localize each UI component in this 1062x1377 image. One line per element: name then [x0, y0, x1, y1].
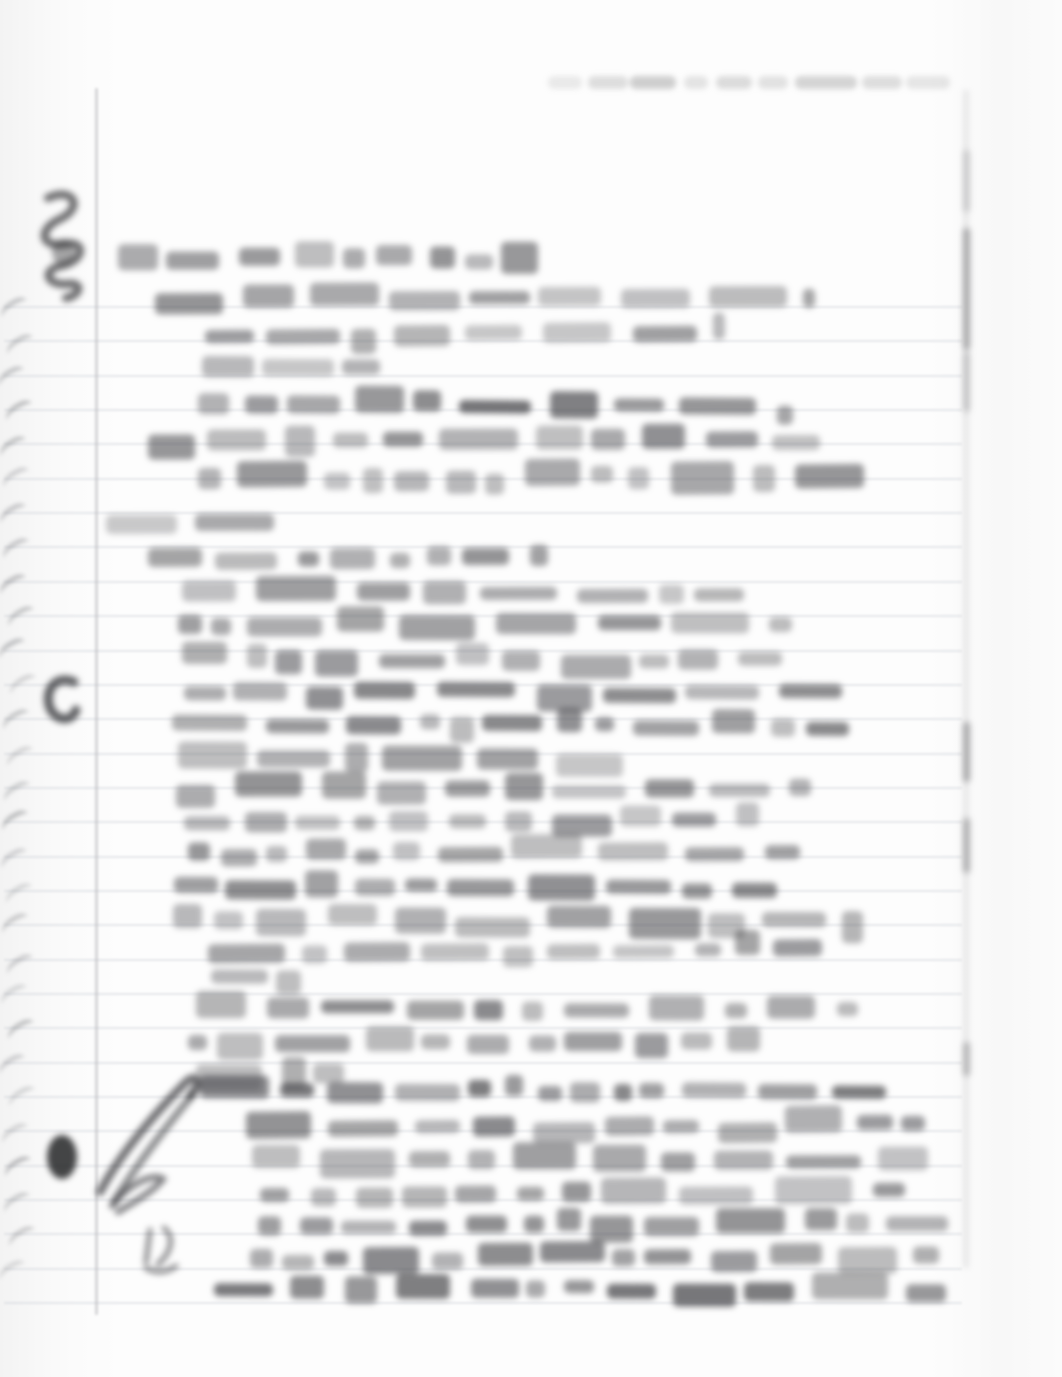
- rule-line: [4, 409, 962, 411]
- bottom-margin-ink-blob: [47, 1135, 77, 1179]
- handwriting-line: [178, 613, 813, 644]
- handwriting-stroke: [205, 329, 254, 343]
- handwriting-stroke: [421, 944, 488, 961]
- faint-print-segment: [548, 76, 582, 89]
- torn-edge-mark: [6, 671, 42, 703]
- handwriting-stroke: [762, 912, 826, 928]
- handwriting-stroke: [620, 805, 660, 826]
- handwriting-stroke: [765, 846, 800, 860]
- handwriting-stroke: [468, 1150, 495, 1169]
- handwriting-stroke: [198, 393, 229, 414]
- faint-printed-header: [0, 0, 1062, 1377]
- handwriting-stroke: [714, 1151, 774, 1170]
- handwriting-stroke: [557, 708, 582, 731]
- handwriting-stroke: [355, 878, 396, 896]
- handwriting-stroke: [501, 242, 538, 274]
- handwriting-stroke: [207, 429, 266, 451]
- handwriting-stroke: [383, 431, 423, 447]
- rule-line: [4, 787, 962, 789]
- torn-edge-mark: [0, 1189, 36, 1221]
- handwriting-stroke: [901, 1116, 925, 1132]
- rule-line: [4, 890, 962, 892]
- handwriting-stroke: [661, 1152, 695, 1171]
- handwriting-line: [106, 512, 301, 542]
- handwriting-stroke: [837, 1003, 858, 1017]
- handwriting-stroke: [642, 424, 685, 449]
- rule-line: [4, 615, 962, 617]
- handwriting-stroke: [290, 1276, 324, 1299]
- handwriting-stroke: [354, 816, 375, 830]
- handwriting-stroke: [188, 1035, 207, 1049]
- handwriting-stroke: [659, 585, 684, 604]
- handwriting-stroke: [709, 784, 770, 797]
- handwriting-stroke: [195, 513, 274, 531]
- torn-edge-mark: [0, 1120, 34, 1152]
- handwriting-stroke: [357, 582, 410, 600]
- handwriting-stroke: [590, 1216, 633, 1243]
- handwriting-stroke: [682, 883, 712, 899]
- handwriting-stroke: [873, 1182, 905, 1197]
- handwriting-stroke: [462, 548, 509, 566]
- rule-line: [4, 1199, 962, 1201]
- torn-edge-mark: [5, 1223, 41, 1255]
- handwriting-stroke: [682, 1083, 746, 1098]
- rule-line: [4, 959, 962, 961]
- handwriting-line: [260, 1178, 925, 1212]
- handwriting-stroke: [257, 750, 330, 768]
- handwriting-stroke: [524, 1216, 544, 1233]
- mid-left-c-mark: [48, 680, 76, 719]
- handwriting-stroke: [711, 1251, 758, 1272]
- handwriting-stroke: [605, 1116, 655, 1136]
- handwriting-stroke: [846, 1214, 869, 1233]
- torn-edge-mark: [1, 1153, 37, 1185]
- handwriting-stroke: [607, 1284, 657, 1299]
- bottom-margin-17-mark: [146, 1228, 176, 1272]
- handwriting-stroke: [236, 461, 307, 488]
- handwriting-stroke: [389, 291, 460, 311]
- handwriting-stroke: [176, 785, 215, 808]
- handwriting-stroke: [267, 998, 309, 1018]
- notebook-page-scan: [0, 0, 1062, 1377]
- handwriting-stroke: [708, 914, 745, 939]
- handwriting-stroke: [570, 1082, 599, 1102]
- handwriting-stroke: [198, 468, 222, 488]
- handwriting-stroke: [341, 1221, 396, 1234]
- handwriting-stroke: [389, 811, 428, 831]
- handwriting-stroke: [471, 1279, 519, 1298]
- ruled-lines-layer: [0, 0, 1062, 1377]
- top-left-flourish-blob: [52, 239, 74, 265]
- handwriting-stroke: [427, 546, 451, 566]
- handwriting-stroke: [685, 847, 744, 862]
- handwriting-stroke: [455, 917, 530, 938]
- handwriting-stroke: [469, 291, 529, 305]
- torn-edge-mark: [0, 981, 33, 1013]
- handwriting-stroke: [432, 1252, 463, 1269]
- handwriting-stroke: [550, 391, 598, 418]
- handwriting-line: [252, 1145, 954, 1177]
- handwriting-stroke: [806, 721, 849, 736]
- handwriting-stroke: [564, 1032, 623, 1050]
- torn-edge-mark: [0, 433, 32, 465]
- handwriting-stroke: [838, 1247, 897, 1274]
- rule-line: [4, 306, 962, 308]
- handwriting-stroke: [645, 780, 694, 798]
- handwriting-stroke: [333, 432, 368, 448]
- rule-line: [4, 1096, 962, 1098]
- torn-edge-mark: [0, 363, 30, 395]
- handwriting-stroke: [343, 248, 365, 268]
- handwriting-line: [182, 580, 764, 612]
- faint-print-segment: [684, 76, 708, 89]
- handwriting-stroke: [446, 471, 477, 494]
- handwriting-stroke: [856, 1115, 892, 1130]
- handwriting-stroke: [496, 613, 576, 633]
- page-edge-dark-segment: [963, 150, 970, 212]
- rule-line: [4, 1027, 962, 1029]
- handwriting-line: [118, 243, 558, 273]
- handwriting-stroke: [256, 576, 336, 602]
- handwriting-stroke: [447, 879, 514, 896]
- handwriting-stroke: [644, 1249, 691, 1264]
- rule-line: [4, 546, 962, 548]
- handwriting-line: [196, 1057, 364, 1087]
- margin-line: [95, 88, 98, 1315]
- handwriting-stroke: [246, 1111, 311, 1139]
- handwriting-stroke: [603, 688, 676, 703]
- handwriting-stroke: [503, 946, 533, 967]
- handwriting-stroke: [377, 782, 425, 804]
- handwriting-stroke: [437, 682, 515, 697]
- handwriting-stroke: [598, 615, 661, 630]
- handwriting-stroke: [532, 1122, 595, 1144]
- handwriting-stroke: [556, 754, 623, 776]
- handwriting-line: [246, 1109, 966, 1147]
- handwriting-stroke: [355, 386, 404, 413]
- rule-line: [4, 512, 962, 514]
- handwriting-stroke: [217, 1033, 263, 1060]
- handwriting-stroke: [196, 1065, 262, 1092]
- handwriting-line: [200, 1078, 932, 1112]
- handwriting-stroke: [321, 772, 366, 798]
- handwriting-stroke: [363, 468, 384, 493]
- handwriting-stroke: [445, 781, 490, 797]
- handwriting-stroke: [671, 613, 748, 633]
- handwriting-stroke: [202, 356, 254, 376]
- handwriting-stroke: [321, 1000, 394, 1013]
- handwriting-stroke: [233, 683, 287, 701]
- handwriting-stroke: [716, 1208, 785, 1233]
- handwriting-stroke: [530, 545, 548, 566]
- handwriting-stroke: [395, 907, 447, 933]
- handwriting-stroke: [172, 714, 247, 730]
- handwriting-stroke: [561, 655, 631, 680]
- handwriting-stroke: [266, 847, 287, 862]
- rule-line: [4, 1233, 962, 1235]
- handwriting-stroke: [679, 1186, 753, 1204]
- handwriting-stroke: [346, 716, 401, 734]
- handwriting-stroke: [344, 942, 411, 961]
- rule-line: [4, 718, 962, 720]
- handwriting-stroke: [784, 1105, 842, 1133]
- torn-edge-mark: [5, 1083, 41, 1115]
- handwriting-stroke: [511, 834, 582, 859]
- handwriting-stroke: [786, 1155, 861, 1168]
- handwriting-stroke: [591, 429, 626, 449]
- handwriting-stroke: [379, 655, 446, 668]
- handwriting-stroke: [188, 843, 210, 861]
- handwriting-stroke: [221, 849, 257, 866]
- torn-edge-mark: [0, 1257, 31, 1289]
- handwriting-stroke: [771, 718, 795, 736]
- handwriting-stroke: [485, 474, 505, 495]
- torn-edge-mark: [2, 880, 38, 912]
- handwriting-stroke: [465, 254, 493, 269]
- handwriting-stroke: [477, 1242, 532, 1266]
- handwriting-stroke: [725, 1003, 747, 1018]
- handwriting-stroke: [313, 1063, 344, 1083]
- handwriting-stroke: [182, 642, 227, 664]
- handwriting-stroke: [245, 396, 279, 414]
- handwriting-line: [172, 710, 887, 744]
- handwriting-stroke: [258, 1216, 281, 1235]
- handwriting-line: [202, 356, 412, 387]
- handwriting-stroke: [345, 1277, 377, 1304]
- page-edge-dark-segment: [963, 352, 970, 412]
- handwriting-line: [196, 996, 878, 1027]
- handwriting-stroke: [505, 773, 543, 800]
- handwriting-stroke: [466, 1215, 507, 1232]
- handwriting-stroke: [243, 284, 294, 307]
- handwriting-stroke: [537, 287, 600, 307]
- torn-edge-mark: [3, 743, 39, 775]
- handwriting-stroke: [649, 995, 704, 1020]
- handwriting-stroke: [276, 971, 301, 995]
- handwriting-stroke: [577, 588, 648, 602]
- handwriting-stroke: [423, 581, 466, 605]
- handwriting-stroke: [713, 313, 725, 340]
- handwriting-stroke: [298, 551, 319, 567]
- handwriting-stroke: [805, 1208, 837, 1230]
- handwriting-stroke: [260, 1188, 289, 1202]
- handwriting-stroke: [214, 1283, 273, 1296]
- handwriting-stroke: [753, 465, 775, 492]
- handwriting-stroke: [727, 1026, 760, 1051]
- handwriting-stroke: [366, 1026, 414, 1051]
- handwriting-stroke: [148, 548, 202, 567]
- handwriting-stroke: [543, 323, 612, 343]
- handwriting-stroke: [758, 1084, 817, 1100]
- handwriting-stroke: [886, 1217, 948, 1231]
- handwriting-stroke: [295, 242, 334, 268]
- handwriting-stroke: [598, 842, 668, 860]
- torn-edge-mark: [3, 951, 39, 983]
- handwriting-stroke: [178, 741, 247, 768]
- handwriting-stroke: [832, 1085, 886, 1099]
- handwriting-stroke: [328, 904, 377, 925]
- handwriting-stroke: [337, 606, 383, 631]
- handwriting-stroke: [342, 359, 380, 374]
- handwriting-stroke: [695, 943, 721, 957]
- handwriting-stroke: [356, 1187, 393, 1208]
- handwriting-stroke: [174, 877, 218, 893]
- handwriting-stroke: [211, 970, 268, 983]
- torn-edge-mark: [3, 331, 39, 363]
- handwriting-stroke: [173, 904, 202, 928]
- handwriting-stroke: [255, 909, 306, 936]
- rule-line: [4, 856, 962, 858]
- handwriting-stroke: [438, 429, 518, 450]
- torn-edge-mark: [0, 911, 34, 943]
- handwriting-stroke: [802, 288, 814, 308]
- torn-edge-mark: [0, 294, 33, 326]
- top-left-flourish: [45, 195, 80, 298]
- faint-print-segment: [630, 76, 676, 89]
- handwriting-stroke: [324, 472, 350, 490]
- handwriting-stroke: [513, 1142, 576, 1169]
- handwriting-stroke: [736, 802, 759, 826]
- handwriting-stroke: [430, 247, 455, 269]
- handwriting-stroke: [878, 1146, 928, 1170]
- handwriting-stroke: [327, 1082, 383, 1103]
- handwriting-line: [208, 935, 873, 970]
- handwriting-stroke: [679, 397, 756, 415]
- handwriting-line: [205, 319, 745, 355]
- handwriting-stroke: [613, 945, 674, 959]
- handwriting-stroke: [744, 1282, 794, 1302]
- handwriting-stroke: [345, 743, 368, 772]
- handwriting-stroke: [738, 651, 782, 666]
- handwriting-line: [250, 1243, 962, 1277]
- torn-edge-mark: [4, 1016, 40, 1048]
- rule-line: [4, 753, 962, 755]
- rule-line: [4, 924, 962, 926]
- handwriting-stroke: [621, 289, 690, 308]
- handwriting-stroke: [252, 1145, 300, 1169]
- handwriting-stroke: [459, 400, 531, 414]
- handwriting-stroke: [456, 643, 488, 664]
- handwriting-stroke: [593, 1145, 647, 1172]
- handwriting-stroke: [614, 1084, 633, 1100]
- rule-line: [4, 1130, 962, 1132]
- handwriting-stroke: [812, 1272, 888, 1299]
- rule-line: [4, 1268, 962, 1270]
- handwriting-stroke: [480, 587, 558, 601]
- handwriting-stroke: [644, 1217, 699, 1236]
- rule-line: [4, 821, 962, 823]
- handwriting-stroke: [300, 1217, 334, 1234]
- handwriting-stroke: [464, 325, 522, 341]
- handwriting-stroke: [671, 461, 735, 494]
- handwriting-line: [174, 872, 822, 905]
- rule-line: [4, 650, 962, 652]
- torn-edge-mark: [0, 635, 31, 667]
- handwriting-stroke: [673, 1284, 735, 1307]
- handwriting-stroke: [281, 1255, 314, 1271]
- rule-line: [4, 993, 962, 995]
- handwriting-stroke: [449, 717, 473, 743]
- handwriting-stroke: [214, 911, 243, 929]
- handwriting-stroke: [166, 252, 219, 270]
- handwriting-stroke: [612, 1249, 635, 1266]
- handwriting-stroke: [178, 615, 202, 634]
- handwriting-stroke: [455, 1186, 496, 1203]
- handwriting-stroke: [517, 1187, 544, 1201]
- torn-edge-mark: [0, 464, 35, 496]
- handwriting-stroke: [505, 1075, 523, 1096]
- handwriting-stroke: [685, 686, 760, 700]
- handwriting-stroke: [363, 1247, 419, 1274]
- handwriting-stroke: [305, 870, 338, 897]
- handwriting-stroke: [409, 1151, 450, 1167]
- handwriting-stroke: [407, 1000, 464, 1020]
- handwriting-stroke: [913, 1246, 939, 1263]
- handwriting-stroke: [678, 649, 718, 669]
- handwriting-stroke: [225, 880, 296, 899]
- rule-line: [4, 581, 962, 583]
- torn-edge-mark: [0, 1051, 31, 1083]
- page-edge-dark-segment: [963, 818, 970, 873]
- handwriting-stroke: [106, 515, 177, 535]
- handwriting-stroke: [614, 398, 664, 411]
- handwriting-stroke: [118, 244, 158, 270]
- handwriting-stroke: [247, 644, 266, 668]
- handwriting-stroke: [315, 650, 358, 676]
- rule-line: [4, 375, 962, 377]
- handwriting-stroke: [505, 811, 532, 831]
- handwriting-stroke: [777, 405, 793, 425]
- handwriting-stroke: [402, 1187, 447, 1208]
- torn-edge-mark: [0, 845, 33, 877]
- handwriting-stroke: [235, 771, 302, 797]
- faint-print-segment: [795, 76, 857, 89]
- handwriting-stroke: [306, 838, 345, 859]
- torn-edge-mark: [0, 571, 32, 603]
- handwriting-stroke: [262, 358, 334, 376]
- handwriting-stroke: [681, 1032, 712, 1049]
- handwriting-stroke: [393, 842, 420, 860]
- handwriting-stroke: [528, 875, 596, 902]
- margin-scribbles-overlay: [0, 0, 1062, 1377]
- handwriting-line: [188, 839, 820, 872]
- handwriting-stroke: [663, 1120, 699, 1134]
- handwriting-stroke: [628, 467, 649, 489]
- handwriting-stroke: [413, 390, 442, 412]
- handwriting-stroke: [564, 1280, 594, 1293]
- handwriting-stroke: [302, 945, 327, 963]
- handwriting-stroke: [421, 1034, 450, 1050]
- handwriting-stroke: [525, 458, 581, 486]
- handwriting-stroke: [526, 1280, 545, 1297]
- faint-print-segment: [758, 76, 788, 89]
- handwriting-stroke: [536, 426, 583, 450]
- handwriting-line: [198, 457, 890, 494]
- rule-line: [4, 1062, 962, 1064]
- handwriting-stroke: [395, 1084, 460, 1101]
- handwriting-stroke: [772, 435, 820, 451]
- bottom-margin-small-scribble: [112, 1177, 163, 1212]
- handwriting-stroke: [540, 1241, 605, 1263]
- handwriting-stroke: [394, 325, 450, 346]
- handwriting-stroke: [196, 991, 246, 1018]
- handwriting-stroke: [415, 1119, 461, 1133]
- handwriting-stroke: [538, 1086, 562, 1102]
- handwriting-stroke: [601, 1177, 666, 1204]
- handwriting-line: [188, 1028, 780, 1058]
- handwriting-stroke: [482, 714, 542, 731]
- handwriting-stroke: [394, 471, 429, 491]
